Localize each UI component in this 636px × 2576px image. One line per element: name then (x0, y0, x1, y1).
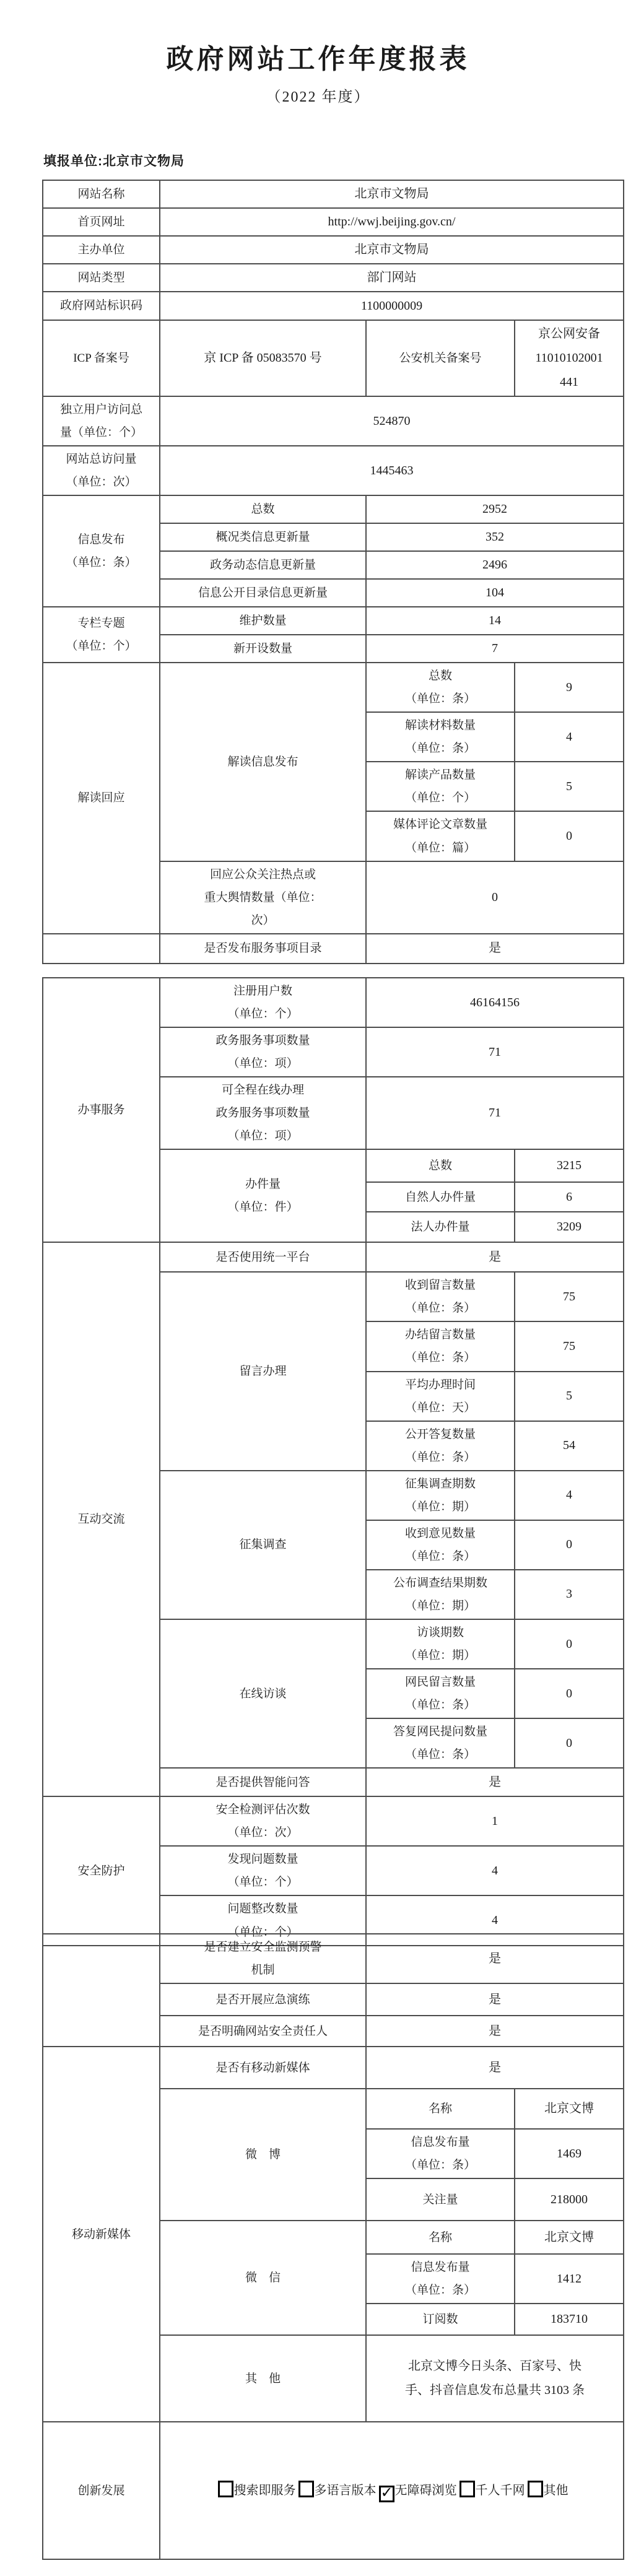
category-cell: 安全防护 (43, 1796, 160, 1945)
value-cell: 1412 (515, 2254, 624, 2304)
page-title: 政府网站工作年度报表 (0, 37, 636, 76)
label-cell: 网民留言数量 （单位：条） (366, 1669, 515, 1718)
value-cell: 1100000009 (160, 292, 624, 320)
value-cell: 1469 (515, 2129, 624, 2178)
label-cell: 是否建立安全监测预警 机制 (160, 1934, 366, 1983)
value-cell: 218000 (515, 2178, 624, 2221)
category-cell: 网站名称 (43, 180, 160, 208)
table-row: 互动交流是否使用统一平台是 (43, 1242, 624, 1272)
category-cell: 办事服务 (43, 978, 160, 1242)
label-cell: 征集调查 (160, 1471, 366, 1619)
value-cell: 3215 (515, 1149, 624, 1182)
label-cell: 其 他 (160, 2335, 366, 2422)
value-cell: 75 (515, 1272, 624, 1321)
value-cell: http://wwj.beijing.gov.cn/ (160, 208, 624, 236)
label-cell: 收到意见数量 （单位：条） (366, 1520, 515, 1570)
value-cell: 5 (515, 762, 624, 811)
category-cell: 独立用户访问总 量（单位：个） (43, 396, 160, 446)
label-cell: 政务服务事项数量 （单位：项） (160, 1027, 366, 1077)
table-row: 网站名称北京市文物局 (43, 180, 624, 208)
label-cell: 公开答复数量 （单位：条） (366, 1421, 515, 1471)
innovation-options-cell: 搜索即服务多语言版本✓无障碍浏览千人千网其他 (160, 2422, 624, 2559)
label-cell: 可全程在线办理 政务服务事项数量 （单位：项） (160, 1077, 366, 1149)
table-row: ICP 备案号京 ICP 备 05083570 号公安机关备案号京公网安备 11… (43, 320, 624, 396)
value-cell: 京公网安备 11010102001 441 (515, 320, 624, 396)
value-cell: 京 ICP 备 05083570 号 (160, 320, 366, 396)
label-cell: 注册用户数 （单位：个） (160, 978, 366, 1027)
table-row: 是否发布服务事项目录是 (43, 934, 624, 964)
label-cell: 信息公开目录信息更新量 (160, 579, 366, 607)
category-cell: ICP 备案号 (43, 320, 160, 396)
label-cell: 在线访谈 (160, 1619, 366, 1768)
value-cell: 183710 (515, 2304, 624, 2335)
label-cell: 办结留言数量 （单位：条） (366, 1321, 515, 1371)
table-row: 首页网址http://wwj.beijing.gov.cn/ (43, 208, 624, 236)
label-cell: 收到留言数量 （单位：条） (366, 1272, 515, 1321)
value-cell: 是 (366, 1983, 624, 2016)
label-cell: 总数 (366, 1149, 515, 1182)
category-cell: 网站类型 (43, 264, 160, 292)
table-row: 网站总访问量 （单位：次）1445463 (43, 446, 624, 495)
table-row: 政府网站标识码1100000009 (43, 292, 624, 320)
value-cell: 524870 (160, 396, 624, 446)
checkbox-unchecked-icon (298, 2481, 314, 2497)
value-cell: 是 (366, 1934, 624, 1983)
table-row: 移动新媒体是否有移动新媒体是 (43, 2047, 624, 2089)
label-cell: 名称 (366, 2089, 515, 2129)
label-cell: 答复网民提问数量 （单位：条） (366, 1718, 515, 1768)
value-cell: 北京市文物局 (160, 236, 624, 264)
label-cell: 总数 (160, 495, 366, 523)
category-cell: 移动新媒体 (43, 2047, 160, 2422)
value-cell: 6 (515, 1182, 624, 1212)
label-cell: 解读信息发布 (160, 663, 366, 861)
label-cell: 新开设数量 (160, 635, 366, 663)
table-row: 办事服务注册用户数 （单位：个）46164156 (43, 978, 624, 1027)
value-cell: 北京文博 (515, 2221, 624, 2254)
reporting-unit: 填报单位:北京市文物局 (43, 151, 185, 170)
category-cell: 解读回应 (43, 663, 160, 934)
value-cell: 部门网站 (160, 264, 624, 292)
table-row: 信息发布 （单位：条）总数2952 (43, 495, 624, 523)
table-row: 解读回应解读信息发布总数 （单位：条）9 (43, 663, 624, 712)
category-cell: 信息发布 （单位：条） (43, 495, 160, 607)
value-cell: 1 (366, 1796, 624, 1846)
value-cell: 4 (515, 712, 624, 762)
value-cell: 4 (515, 1471, 624, 1520)
label-cell: 概况类信息更新量 (160, 523, 366, 551)
value-cell: 54 (515, 1421, 624, 1471)
checkbox-unchecked-icon (218, 2481, 233, 2497)
table-row: 专栏专题 （单位：个）维护数量14 (43, 607, 624, 635)
value-cell: 104 (366, 579, 624, 607)
label-cell: 订阅数 (366, 2304, 515, 2335)
value-cell: 0 (515, 1520, 624, 1570)
value-cell: 是 (366, 934, 624, 964)
label-cell: 是否使用统一平台 (160, 1242, 366, 1272)
value-cell: 71 (366, 1077, 624, 1149)
value-cell: 352 (366, 523, 624, 551)
label-cell: 总数 （单位：条） (366, 663, 515, 712)
value-cell: 是 (366, 1768, 624, 1796)
checkbox-unchecked-icon (460, 2481, 475, 2497)
category-cell (43, 1934, 160, 2047)
value-cell: 是 (366, 2016, 624, 2047)
basic-info-table: 网站名称北京市文物局首页网址http://wwj.beijing.gov.cn/… (42, 180, 624, 964)
label-cell: 是否有移动新媒体 (160, 2047, 366, 2089)
category-cell: 网站总访问量 （单位：次） (43, 446, 160, 495)
label-cell: 是否发布服务事项目录 (160, 934, 366, 964)
report-page: { "page": { "title": "政府网站工作年度报表", "subt… (0, 0, 636, 2576)
page-subtitle: （2022 年度） (0, 84, 636, 106)
checkbox-label: 无障碍浏览 (395, 2484, 457, 2497)
label-cell: 自然人办件量 (366, 1182, 515, 1212)
table-row: 主办单位北京市文物局 (43, 236, 624, 264)
checkbox-label: 搜索即服务 (234, 2484, 296, 2497)
label-cell: 维护数量 (160, 607, 366, 635)
checkbox-label: 千人千网 (476, 2484, 525, 2497)
category-cell: 创新发展 (43, 2422, 160, 2559)
category-cell (43, 934, 160, 964)
category-cell: 政府网站标识码 (43, 292, 160, 320)
label-cell: 是否提供智能问答 (160, 1768, 366, 1796)
label-cell: 公布调查结果期数 （单位：期） (366, 1570, 515, 1619)
label-cell: 媒体评论文章数量 （单位：篇） (366, 811, 515, 861)
value-cell: 75 (515, 1321, 624, 1371)
category-cell: 主办单位 (43, 236, 160, 264)
label-cell: 信息发布量 （单位：条） (366, 2129, 515, 2178)
label-cell: 政务动态信息更新量 (160, 551, 366, 579)
value-cell: 0 (366, 861, 624, 934)
value-cell: 0 (515, 1669, 624, 1718)
label-cell: 法人办件量 (366, 1212, 515, 1242)
label-cell: 关注量 (366, 2178, 515, 2221)
label-cell: 平均办理时间 （单位：天） (366, 1372, 515, 1421)
value-cell: 14 (366, 607, 624, 635)
label-cell: 公安机关备案号 (366, 320, 515, 396)
label-cell: 是否开展应急演练 (160, 1983, 366, 2016)
category-cell: 专栏专题 （单位：个） (43, 607, 160, 663)
label-cell: 办件量 （单位：件） (160, 1149, 366, 1242)
checkbox-label: 多语言版本 (315, 2484, 377, 2497)
label-cell: 发现问题数量 （单位：个） (160, 1846, 366, 1895)
service-interaction-security-table: 办事服务注册用户数 （单位：个）46164156政务服务事项数量 （单位：项）7… (42, 977, 624, 1946)
value-cell: 3209 (515, 1212, 624, 1242)
security-newmedia-innovation-table: 是否建立安全监测预警 机制是是否开展应急演练是是否明确网站安全责任人是移动新媒体… (42, 1933, 624, 2560)
value-cell: 是 (366, 1242, 624, 1272)
checkbox-label: 其他 (544, 2484, 568, 2497)
label-cell: 访谈期数 （单位：期） (366, 1619, 515, 1669)
label-cell: 是否明确网站安全责任人 (160, 2016, 366, 2047)
category-cell: 首页网址 (43, 208, 160, 236)
value-cell: 0 (515, 1619, 624, 1669)
checkbox-checked-icon: ✓ (379, 2486, 394, 2502)
value-cell: 北京市文物局 (160, 180, 624, 208)
table-row: 创新发展搜索即服务多语言版本✓无障碍浏览千人千网其他 (43, 2422, 624, 2559)
table-row: 网站类型部门网站 (43, 264, 624, 292)
value-cell: 2952 (366, 495, 624, 523)
checkbox-unchecked-icon (528, 2481, 543, 2497)
label-cell: 征集调查期数 （单位：期） (366, 1471, 515, 1520)
label-cell: 名称 (366, 2221, 515, 2254)
label-cell: 信息发布量 （单位：条） (366, 2254, 515, 2304)
value-cell: 0 (515, 1718, 624, 1768)
value-cell: 71 (366, 1027, 624, 1077)
label-cell: 解读材料数量 （单位：条） (366, 712, 515, 762)
table-row: 安全防护安全检测评估次数 （单位：次）1 (43, 1796, 624, 1846)
label-cell: 留言办理 (160, 1272, 366, 1470)
value-cell: 7 (366, 635, 624, 663)
value-cell: 0 (515, 811, 624, 861)
category-cell: 互动交流 (43, 1242, 160, 1796)
value-cell: 9 (515, 663, 624, 712)
label-cell: 回应公众关注热点或 重大舆情数量（单位： 次） (160, 861, 366, 934)
value-cell: 2496 (366, 551, 624, 579)
value-cell: 4 (366, 1846, 624, 1895)
table-row: 独立用户访问总 量（单位：个）524870 (43, 396, 624, 446)
value-cell: 3 (515, 1570, 624, 1619)
value-cell: 是 (366, 2047, 624, 2089)
label-cell: 微 信 (160, 2221, 366, 2335)
value-cell: 5 (515, 1372, 624, 1421)
value-cell: 北京文博 (515, 2089, 624, 2129)
label-cell: 解读产品数量 （单位：个） (366, 762, 515, 811)
value-cell: 北京文博今日头条、百家号、快 手、抖音信息发布总量共 3103 条 (366, 2335, 624, 2422)
value-cell: 46164156 (366, 978, 624, 1027)
label-cell: 安全检测评估次数 （单位：次） (160, 1796, 366, 1846)
table-row: 是否建立安全监测预警 机制是 (43, 1934, 624, 1983)
value-cell: 1445463 (160, 446, 624, 495)
label-cell: 微 博 (160, 2089, 366, 2221)
